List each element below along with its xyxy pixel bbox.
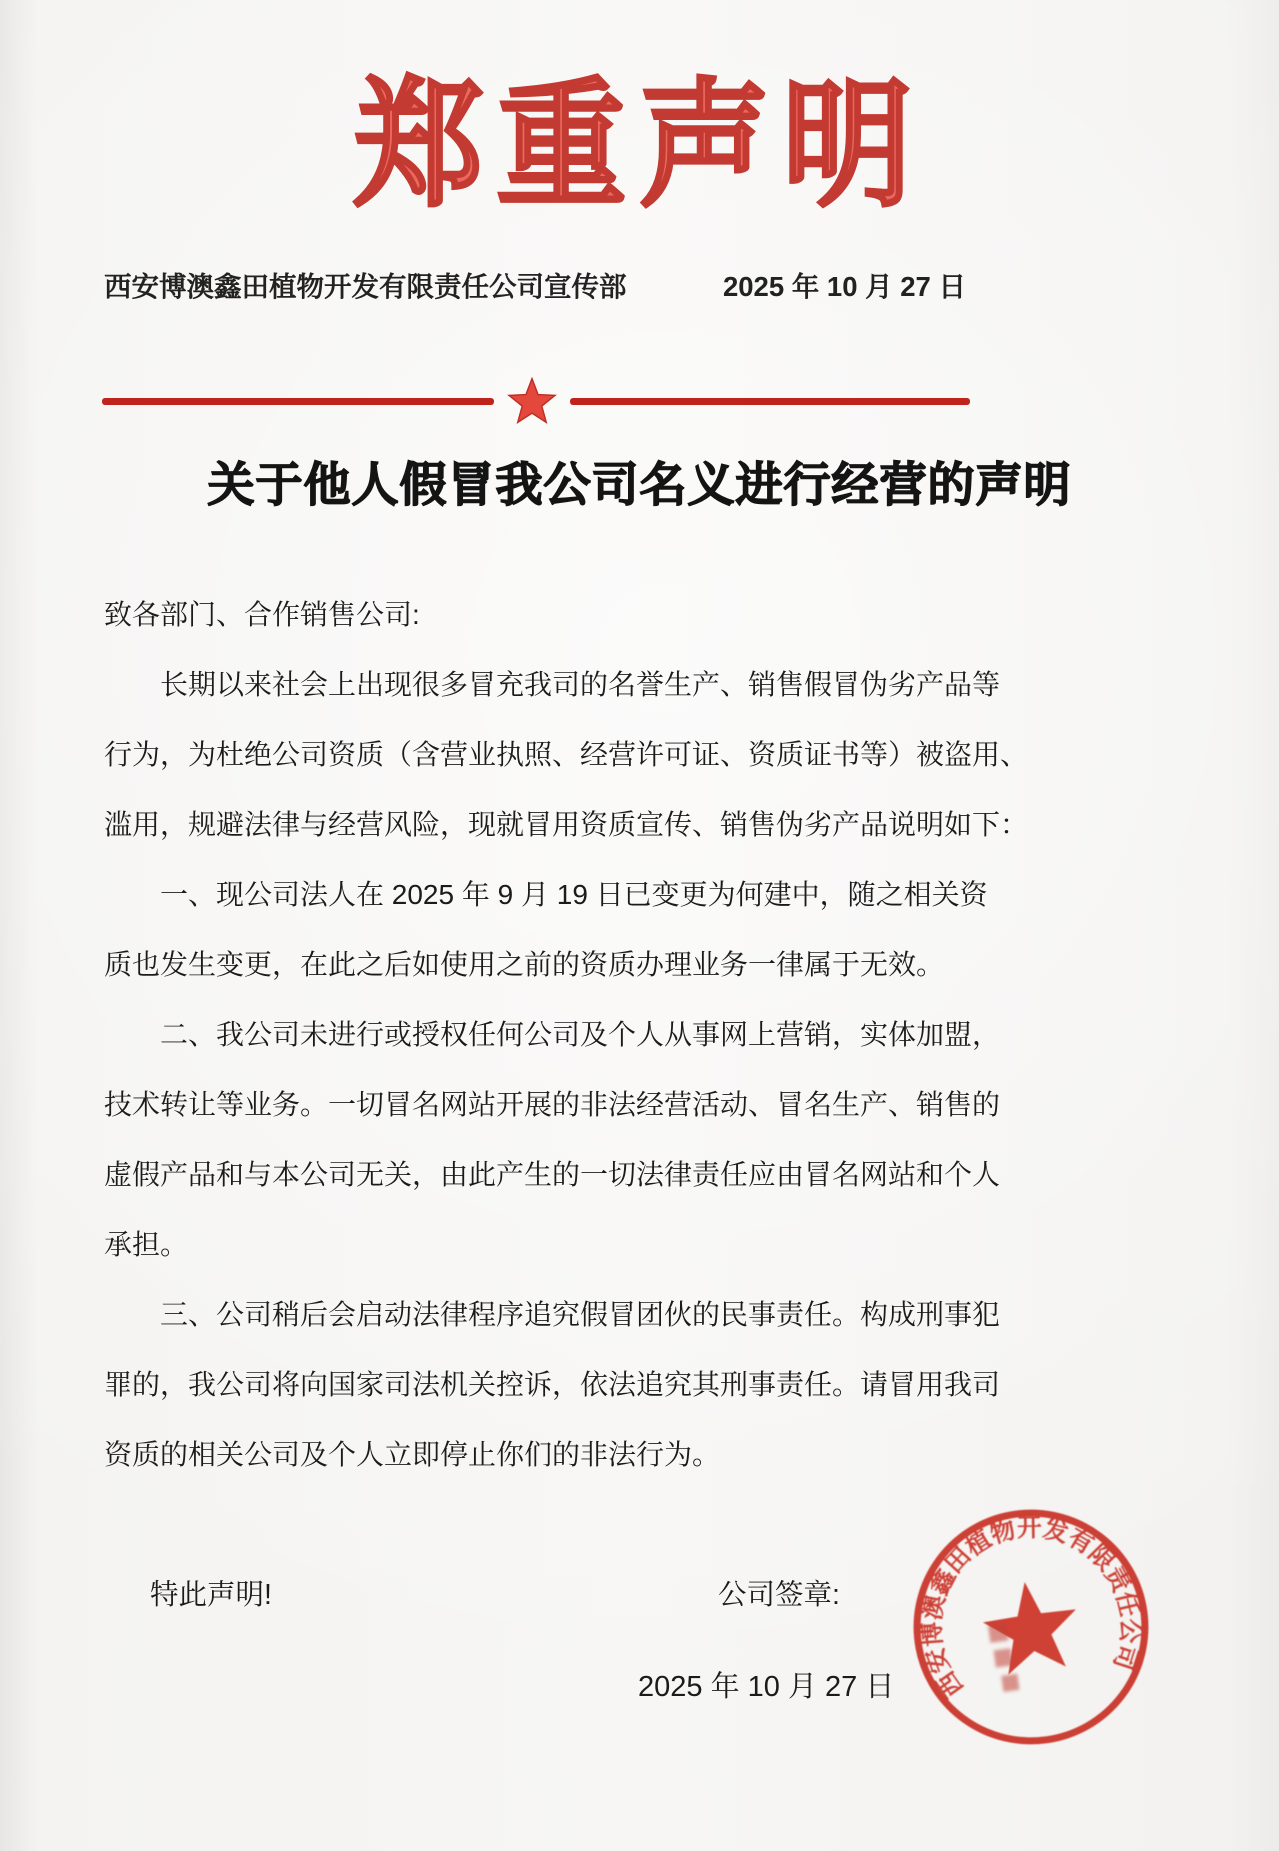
body-line: 长期以来社会上出现很多冒充我司的名誉生产、销售假冒伪劣产品等 (104, 650, 1044, 720)
body-line: 三、公司稍后会启动法律程序追究假冒团伙的民事责任。构成刑事犯 (104, 1280, 1044, 1350)
seal-ring (902, 1498, 1159, 1755)
signature-label: 公司签章: (718, 1572, 840, 1613)
seal-company-text: 西安博澳鑫田植物开发有限责任公司 (903, 1499, 1152, 1705)
body-line: 承担。 (104, 1210, 1044, 1280)
body-text: 致各部门、合作销售公司: 长期以来社会上出现很多冒充我司的名誉生产、销售假冒伪劣… (104, 580, 1044, 1490)
body-line: 行为，为杜绝公司资质（含营业执照、经营许可证、资质证书等）被盗用、 (104, 720, 1044, 790)
body-line: 虚假产品和与本公司无关，由此产生的一切法律责任应由冒名网站和个人 (104, 1140, 1044, 1210)
body-line: 二、我公司未进行或授权任何公司及个人从事网上营销，实体加盟， (104, 1000, 1044, 1070)
body-line: 技术转让等业务。一切冒名网站开展的非法经营活动、冒名生产、销售的 (104, 1070, 1044, 1140)
star-icon (504, 372, 560, 430)
body-line: 一、现公司法人在 2025 年 9 月 19 日已变更为何建中，随之相关资 (104, 860, 1044, 930)
byline-date: 2025 年 10 月 27 日 (723, 264, 966, 304)
byline-department: 西安博澳鑫田植物开发有限责任公司宣传部 (104, 264, 627, 304)
byline: 西安博澳鑫田植物开发有限责任公司宣传部 2025 年 10 月 27 日 (104, 264, 966, 304)
closing-statement: 特此声明! (150, 1572, 272, 1613)
divider-line-left (102, 398, 494, 405)
body-line: 质也发生变更，在此之后如使用之前的资质办理业务一律属于无效。 (104, 930, 1044, 1000)
subject-heading: 关于他人假冒我公司名义进行经营的声明 (0, 448, 1279, 515)
company-seal: 西安博澳鑫田植物开发有限责任公司 (888, 1484, 1175, 1771)
body-line: 资质的相关公司及个人立即停止你们的非法行为。 (104, 1420, 1044, 1490)
declaration-document: 郑重声明 西安博澳鑫田植物开发有限责任公司宣传部 2025 年 10 月 27 … (0, 0, 1279, 1851)
document-title: 郑重声明 (38, 62, 1240, 230)
divider-line-right (570, 398, 970, 405)
seal-star-icon (978, 1576, 1083, 1678)
divider (102, 372, 970, 430)
signature-date: 2025 年 10 月 27 日 (638, 1664, 894, 1705)
seal-ink-smudge (988, 1622, 1019, 1693)
salutation-line: 致各部门、合作销售公司: (104, 580, 1044, 650)
body-line: 滥用，规避法律与经营风险，现就冒用资质宣传、销售伪劣产品说明如下： (104, 790, 1044, 860)
body-line: 罪的，我公司将向国家司法机关控诉，依法追究其刑事责任。请冒用我司 (104, 1350, 1044, 1420)
